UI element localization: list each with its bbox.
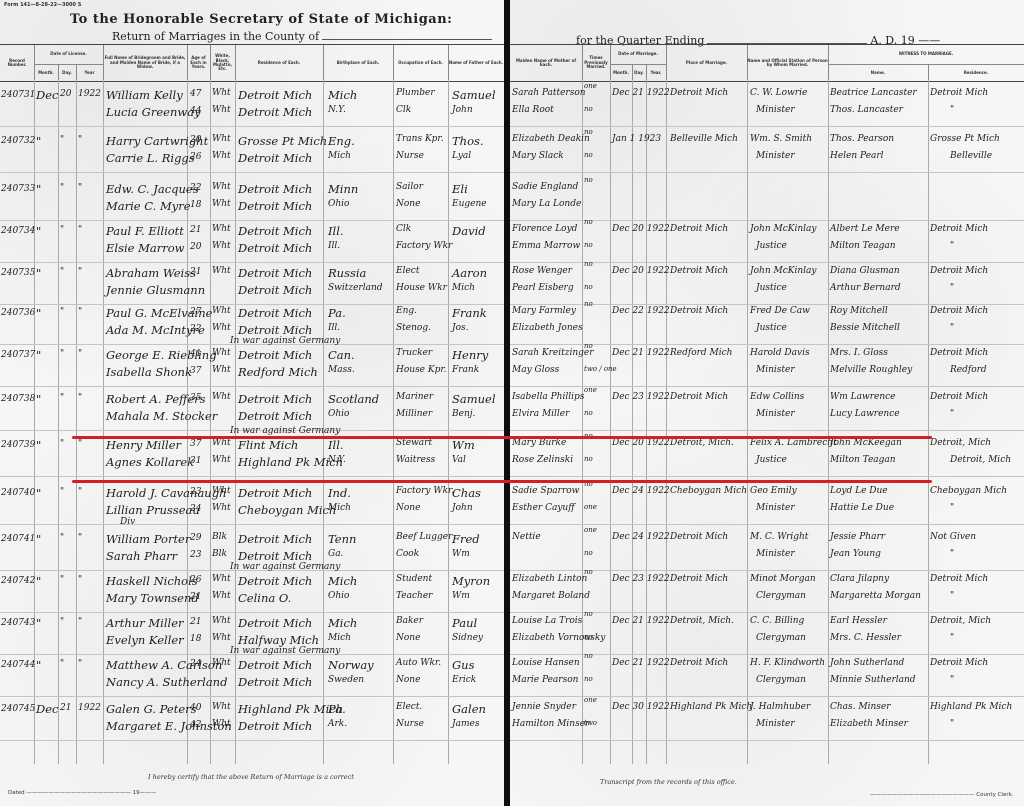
record-field-bride: Sarah Pharr	[106, 549, 177, 563]
record-field-num: 240734	[1, 226, 35, 236]
row-divider	[0, 386, 504, 387]
record-field-note: In war against Germany	[230, 562, 340, 572]
record-field-officiant: Felix A. Lambrecht	[750, 438, 837, 448]
row-divider	[0, 126, 504, 127]
record-field-year: "	[78, 617, 82, 627]
record-field-day: "	[60, 307, 64, 317]
record-field-groom-race: Wht	[212, 224, 231, 234]
column-divider	[103, 80, 104, 764]
record-field-groom-father: Galen	[452, 702, 486, 716]
record-field-witness2-res: "	[950, 549, 954, 559]
record-field-m-date: Dec 23 1922	[612, 392, 670, 402]
record-field-groom-race: Wht	[212, 182, 231, 192]
record-field-bride-birth: Ohio	[328, 409, 349, 419]
record-field-place: Detroit Mich	[670, 88, 728, 98]
record-field-witness1: Thos. Pearson	[830, 134, 894, 144]
record-field-bride-birth: Mass.	[328, 365, 355, 375]
record-field-officiant: Fred De Caw	[750, 306, 810, 316]
record-field-month: "	[36, 224, 41, 238]
record-field-groom-age: 21	[190, 267, 201, 277]
col-residence: Residence of Each.	[235, 45, 324, 81]
record-field-groom-father: Eli	[452, 182, 468, 196]
record-field-witness1: Albert Le Mere	[830, 224, 900, 234]
record-field-groom-age: 47	[190, 89, 201, 99]
record-field-witness2: Helen Pearl	[830, 151, 884, 161]
record-field-m-date: Jan 1 1923	[612, 134, 661, 144]
record-field-groom-race: Wht	[212, 702, 231, 712]
record-field-num: 240732	[1, 136, 35, 146]
record-field-m-date: Dec 21 1922	[612, 348, 670, 358]
record-field-groom-mother: Isabella Phillips	[512, 392, 584, 402]
col-license-month: Month.	[34, 64, 59, 82]
row-divider	[510, 172, 1024, 173]
record-field-groom-occ: Factory Wkr.	[396, 486, 454, 496]
record-field-bride-race: Wht	[212, 455, 231, 465]
record-field-groom-res: Detroit Mich	[238, 658, 312, 672]
record-field-place: Detroit Mich	[670, 306, 728, 316]
record-field-year: "	[78, 135, 82, 145]
record-field-groom-age: 21	[190, 225, 201, 235]
record-field-groom-birth: Russia	[328, 266, 366, 280]
record-field-month: "	[36, 438, 41, 452]
record-field-bride-birth: Switzerland	[328, 283, 383, 293]
record-field-place: Detroit Mich	[670, 224, 728, 234]
col-place: Place of Marriage.	[666, 45, 748, 81]
record-field-witness2: Bessie Mitchell	[830, 323, 900, 333]
record-field-year: 1922	[78, 89, 101, 99]
record-field-month: "	[36, 348, 41, 362]
record-field-witness1-res: Detroit Mich	[930, 392, 988, 402]
record-field-bride-mother: Rose Zelinski	[512, 455, 573, 465]
record-field-bride-father: Benj.	[452, 409, 475, 419]
record-field-num: 240737	[1, 350, 35, 360]
record-field-year: "	[78, 349, 82, 359]
record-field-officiant-title: Clergyman	[756, 591, 806, 601]
record-field-groom-occ: Clk	[396, 224, 411, 234]
transcript-text: Transcript from the records of this offi…	[600, 778, 737, 786]
record-field-groom-father: Henry	[452, 348, 488, 362]
col-witness-name: Name.	[828, 64, 929, 82]
record-field-month: "	[36, 532, 41, 546]
record-field-groom-age: 26	[190, 575, 201, 585]
record-field-month: "	[36, 616, 41, 630]
record-field-witness2: Jean Young	[830, 549, 881, 559]
record-field-groom-mother: Mary Farmley	[512, 306, 576, 316]
record-field-m-date: Dec 23 1922	[612, 574, 670, 584]
right-column-headers: Maiden Name of Mother of Each. Times Pre…	[510, 44, 1024, 82]
record-field-bride-race: Wht	[212, 151, 231, 161]
record-field-bride-mother: Ella Root	[512, 105, 554, 115]
record-field-bride-father: John	[452, 503, 473, 513]
record-field-witness1: Earl Hessler	[830, 616, 887, 626]
record-field-officiant: C. W. Lowrie	[750, 88, 807, 98]
record-field-bride-birth: N.Y.	[328, 105, 346, 115]
record-field-year: "	[78, 183, 82, 193]
record-field-groom-birth: Can.	[328, 348, 355, 362]
record-field-bride: Jennie Glusmann	[106, 283, 205, 297]
record-field-year: "	[78, 533, 82, 543]
column-divider	[828, 80, 829, 764]
record-field-groom-times: no	[584, 260, 593, 268]
record-field-groom-father: Frank	[452, 306, 487, 320]
record-field-year: "	[78, 659, 82, 669]
record-field-num: 240733	[1, 184, 35, 194]
record-field-month: "	[36, 392, 41, 406]
record-field-groom-race: Wht	[212, 574, 231, 584]
column-divider	[235, 80, 236, 764]
record-field-witness2-res: Redford	[950, 365, 987, 375]
record-field-groom-race: Wht	[212, 392, 231, 402]
record-field-bride-res: Redford Mich	[238, 365, 318, 379]
record-field-officiant-title: Minister	[756, 409, 795, 419]
record-field-groom-race: Blk	[212, 532, 227, 542]
record-field-groom: William Kelly	[106, 88, 183, 102]
record-field-witness1-res: Detroit Mich	[930, 306, 988, 316]
record-field-witness1: Jessie Pharr	[830, 532, 885, 542]
record-field-year: "	[78, 487, 82, 497]
record-field-groom-res: Detroit Mich	[238, 574, 312, 588]
record-field-groom-birth: Tenn	[328, 532, 356, 546]
record-field-bride-occ: None	[396, 633, 420, 643]
col-birthplace: Birthplace of Each.	[323, 45, 394, 81]
record-field-witness1-res: Detroit, Mich	[930, 616, 991, 626]
record-field-bride-father: Wm	[452, 591, 470, 601]
record-field-groom-father: David	[452, 224, 486, 238]
record-field-year: "	[78, 307, 82, 317]
col-license-day: Day.	[58, 64, 77, 82]
record-field-bride-occ: None	[396, 503, 420, 513]
record-field-bride-age: 37	[190, 366, 201, 376]
record-field-day: "	[60, 487, 64, 497]
row-divider	[0, 220, 504, 221]
record-field-groom-birth: Ill.	[328, 438, 344, 452]
record-field-note: In war against Germany	[230, 426, 340, 436]
record-field-day: "	[60, 439, 64, 449]
record-field-groom-times: no	[584, 568, 593, 576]
record-field-bride-age: 31	[190, 456, 201, 466]
record-field-witness2-res: "	[950, 503, 954, 513]
record-field-bride: Agnes Kollarek	[106, 455, 194, 469]
record-field-witness2-res: "	[950, 675, 954, 685]
record-field-groom-times: no	[584, 652, 593, 660]
record-field-witness2: Thos. Lancaster	[830, 105, 903, 115]
record-field-bride-father: John	[452, 105, 473, 115]
left-column-headers: Record Number. Date of License. Month. D…	[0, 44, 504, 82]
record-field-bride-age: 44	[190, 106, 201, 116]
record-field-month: Dec	[36, 702, 58, 716]
record-field-groom-occ: Eng.	[396, 306, 417, 316]
record-field-day: "	[60, 267, 64, 277]
col-age: Age of Each in Years.	[187, 45, 211, 81]
record-field-bride-father: Erick	[452, 675, 476, 685]
record-field-month: "	[36, 574, 41, 588]
record-field-groom-mother: Sadie Sparrow	[512, 486, 579, 496]
record-field-day: 21	[60, 703, 71, 713]
record-field-bride-race: Wht	[212, 719, 231, 729]
record-field-groom: Paul F. Elliott	[106, 224, 184, 238]
record-field-bride-birth: Ill.	[328, 323, 340, 333]
record-field-groom-occ: Auto Wkr.	[396, 658, 441, 668]
record-field-groom-birth: Pa.	[328, 702, 346, 716]
record-field-bride-mother: Mary La Londe	[512, 199, 581, 209]
record-field-month: Dec	[36, 88, 58, 102]
record-field-bride-res: Detroit Mich	[238, 409, 312, 423]
record-field-bride-father: Wm	[452, 549, 470, 559]
record-field-groom-birth: Mich	[328, 574, 357, 588]
record-field-num: 240731	[1, 90, 35, 100]
record-field-bride-occ: Stenog.	[396, 323, 431, 333]
record-field-witness1: John Sutherland	[830, 658, 904, 668]
record-field-groom: Arthur Miller	[106, 616, 184, 630]
record-field-groom-race: Wht	[212, 438, 231, 448]
row-divider	[0, 612, 504, 613]
record-field-groom-res: Grosse Pt Mich	[238, 134, 327, 148]
record-field-officiant-title: Minister	[756, 549, 795, 559]
record-field-num: 240735	[1, 268, 35, 278]
record-field-bride-father: Lyal	[452, 151, 471, 161]
record-field-bride-occ: House Kpr.	[396, 365, 447, 375]
record-field-place: Detroit, Mich.	[670, 616, 734, 626]
record-field-month: "	[36, 182, 41, 196]
record-field-num: 240736	[1, 308, 35, 318]
record-field-bride-birth: Mich	[328, 503, 351, 513]
col-marriage-day: Day.	[632, 64, 647, 82]
row-divider	[510, 740, 1024, 741]
record-field-groom-father: Thos.	[452, 134, 484, 148]
record-field-m-date: Dec 22 1922	[612, 306, 670, 316]
record-field-groom-age: 41	[190, 349, 201, 359]
record-field-year: 1922	[78, 703, 101, 713]
record-field-bride-times: two	[584, 719, 597, 727]
record-field-officiant-title: Clergyman	[756, 633, 806, 643]
row-divider	[0, 304, 504, 305]
record-field-witness2: Elizabeth Minser	[830, 719, 908, 729]
row-divider	[0, 476, 504, 477]
col-witness: WITNESS TO MARRIAGE.	[828, 45, 1024, 64]
record-field-month: "	[36, 658, 41, 672]
row-divider	[510, 430, 1024, 431]
record-field-officiant: M. C. Wright	[750, 532, 808, 542]
record-field-groom-occ: Student	[396, 574, 432, 584]
record-field-bride-age: 20	[190, 242, 201, 252]
record-field-witness2: Hattie Le Due	[830, 503, 894, 513]
record-field-groom-mother: Mary Burke	[512, 438, 566, 448]
record-field-groom-res: Detroit Mich	[238, 532, 312, 546]
record-field-num: 240742	[1, 576, 35, 586]
record-field-groom-race: Wht	[212, 616, 231, 626]
record-field-bride-res: Detroit Mich	[238, 675, 312, 689]
record-field-bride-note: Div	[120, 517, 135, 527]
record-field-bride-race: Blk	[212, 549, 227, 559]
document-title: To the Honorable Secretary of State of M…	[70, 12, 452, 27]
record-field-bride-times: no	[584, 549, 593, 557]
record-field-officiant-title: Justice	[756, 455, 787, 465]
record-field-bride-birth: Ill.	[328, 241, 340, 251]
record-field-groom-age: 37	[190, 439, 201, 449]
record-field-officiant: H. F. Klindworth	[750, 658, 825, 668]
column-divider	[448, 80, 449, 764]
record-field-witness2-res: "	[950, 323, 954, 333]
record-field-groom-res: Detroit Mich	[238, 266, 312, 280]
record-field-bride-age: 26	[190, 152, 201, 162]
col-marriage-year: Year.	[646, 64, 667, 82]
record-field-groom-race: Wht	[212, 348, 231, 358]
record-field-bride-mother: Hamilton Minser	[512, 719, 589, 729]
record-field-groom-occ: Mariner	[396, 392, 433, 402]
record-field-note: In war against Germany	[230, 336, 340, 346]
record-field-bride-res: Celina O.	[238, 591, 291, 605]
record-field-groom-mother: Elizabeth Deakin	[512, 134, 590, 144]
record-field-witness1: Wm Lawrence	[830, 392, 895, 402]
record-field-bride: Nancy A. Sutherland	[106, 675, 227, 689]
record-field-witness1: Loyd Le Due	[830, 486, 888, 496]
col-occupation: Occupation of Each.	[393, 45, 449, 81]
record-field-groom: Matthew A. Carlson	[106, 658, 222, 672]
record-field-groom-father: Samuel	[452, 392, 496, 406]
record-field-witness1: Beatrice Lancaster	[830, 88, 917, 98]
column-divider	[58, 80, 59, 764]
record-field-groom-mother: Elizabeth Linton	[512, 574, 587, 584]
record-field-bride: Evelyn Keller	[106, 633, 184, 647]
record-field-groom-age: 20	[190, 135, 201, 145]
record-field-groom-birth: Minn	[328, 182, 358, 196]
record-field-m-date: Dec 20 1922	[612, 438, 670, 448]
record-field-bride-age: 18	[190, 634, 201, 644]
record-field-bride-occ: Clk	[396, 105, 411, 115]
record-field-bride-occ: Factory Wkr	[396, 241, 452, 251]
record-field-witness1-res: Detroit Mich	[930, 88, 988, 98]
record-field-groom-occ: Beef Lugger	[396, 532, 452, 542]
record-field-groom-mother: Florence Loyd	[512, 224, 577, 234]
record-field-day: "	[60, 349, 64, 359]
record-field-month: "	[36, 266, 41, 280]
record-field-officiant: Minot Morgan	[750, 574, 816, 584]
record-field-note: In war against Germany	[230, 646, 340, 656]
record-field-day: "	[60, 393, 64, 403]
record-field-place: Redford Mich	[670, 348, 732, 358]
record-field-groom-race: Wht	[212, 88, 231, 98]
record-field-officiant-title: Justice	[756, 283, 787, 293]
document-subtitle: Return of Marriages in the County of	[112, 30, 492, 43]
record-field-bride-birth: Mich	[328, 151, 351, 161]
record-field-m-date: Dec 21 1922	[612, 658, 670, 668]
record-field-bride-res: Detroit Mich	[238, 199, 312, 213]
record-field-groom-race: Wht	[212, 134, 231, 144]
record-field-day: "	[60, 533, 64, 543]
column-divider	[76, 80, 77, 764]
record-field-groom: William Porter	[106, 532, 190, 546]
record-field-groom-father: Samuel	[452, 88, 496, 102]
column-divider	[393, 80, 394, 764]
record-field-day: "	[60, 135, 64, 145]
record-field-witness2-res: "	[950, 633, 954, 643]
record-field-groom-res: Detroit Mich	[238, 306, 312, 320]
record-field-witness1-res: Detroit Mich	[930, 658, 988, 668]
record-field-groom-occ: Elect.	[396, 702, 422, 712]
record-field-day: "	[60, 575, 64, 585]
record-field-groom-res: Detroit Mich	[238, 616, 312, 630]
record-field-groom-age: 24	[190, 659, 201, 669]
record-field-groom-times: no	[584, 218, 593, 226]
col-record-number: Record Number.	[0, 45, 35, 81]
record-field-bride-age: 24	[190, 504, 201, 514]
record-field-bride-birth: Sweden	[328, 675, 364, 685]
record-field-bride-res: Detroit Mich	[238, 549, 312, 563]
row-divider	[510, 476, 1024, 477]
record-field-month: "	[36, 486, 41, 500]
record-field-bride-father: Frank	[452, 365, 479, 375]
record-field-bride-birth: Ohio	[328, 591, 349, 601]
record-field-witness2-res: "	[950, 283, 954, 293]
record-field-bride-father: Val	[452, 455, 466, 465]
record-field-groom-res: Detroit Mich	[238, 392, 312, 406]
record-field-groom-occ: Trucker	[396, 348, 432, 358]
record-field-witness1: Diana Glusman	[830, 266, 900, 276]
record-field-m-date: Dec 24 1922	[612, 486, 670, 496]
column-divider	[582, 80, 583, 764]
record-field-groom-occ: Plumber	[396, 88, 435, 98]
record-field-bride-age: 21	[190, 592, 201, 602]
record-field-groom-res: Detroit Mich	[238, 182, 312, 196]
record-field-year: "	[78, 575, 82, 585]
record-field-bride-father: Mich	[452, 283, 475, 293]
record-field-bride-birth: Ohio	[328, 199, 349, 209]
record-field-place: Highland Pk Mich	[670, 702, 752, 712]
record-field-groom-res: Detroit Mich	[238, 348, 312, 362]
record-field-witness2-res: Detroit, Mich	[950, 455, 1011, 465]
record-field-groom-mother: Jennie Snyder	[512, 702, 576, 712]
record-field-groom-race: Wht	[212, 266, 231, 276]
row-divider	[0, 740, 504, 741]
record-field-groom-times: one	[584, 386, 597, 394]
record-field-num: 240739	[1, 440, 35, 450]
record-field-bride-race: Wht	[212, 105, 231, 115]
record-field-month: "	[36, 306, 41, 320]
record-field-bride-occ: None	[396, 199, 420, 209]
record-field-groom-race: Wht	[212, 306, 231, 316]
record-field-bride-mother: Mary Slack	[512, 151, 564, 161]
record-field-m-date: Dec 20 1922	[612, 224, 670, 234]
record-field-groom-mother: Nettie	[512, 532, 541, 542]
record-field-day: 20	[60, 89, 71, 99]
record-field-groom-mother: Sadie England	[512, 182, 578, 192]
col-race: White, Black, Mulatto, Etc.	[210, 45, 236, 81]
record-field-groom-father: Aaron	[452, 266, 487, 280]
record-field-witness2-res: "	[950, 409, 954, 419]
record-field-bride: Mary Townsend	[106, 591, 199, 605]
record-field-bride-birth: Ga.	[328, 549, 343, 559]
record-field-bride-age: 42	[190, 720, 201, 730]
record-field-bride-res: Detroit Mich	[238, 283, 312, 297]
record-field-bride-occ: Nurse	[396, 151, 424, 161]
record-field-officiant-title: Justice	[756, 323, 787, 333]
record-field-witness2: Lucy Lawrence	[830, 409, 900, 419]
record-field-bride-occ: Cook	[396, 549, 419, 559]
record-field-bride-race: Wht	[212, 591, 231, 601]
record-field-bride-age: 18	[190, 200, 201, 210]
record-field-num: 240743	[1, 618, 35, 628]
record-field-groom: Galen G. Peters	[106, 702, 197, 716]
record-field-officiant-title: Clergyman	[756, 675, 806, 685]
col-marriage-month: Month.	[610, 64, 633, 82]
record-field-groom-res: Flint Mich	[238, 438, 298, 452]
record-field-bride-times: no	[584, 633, 593, 641]
red-underline-bottom	[72, 480, 932, 483]
record-field-place: Detroit Mich	[670, 574, 728, 584]
record-field-place: Detroit Mich	[670, 532, 728, 542]
record-field-groom-res: Detroit Mich	[238, 486, 312, 500]
record-field-witness1: Roy Mitchell	[830, 306, 888, 316]
